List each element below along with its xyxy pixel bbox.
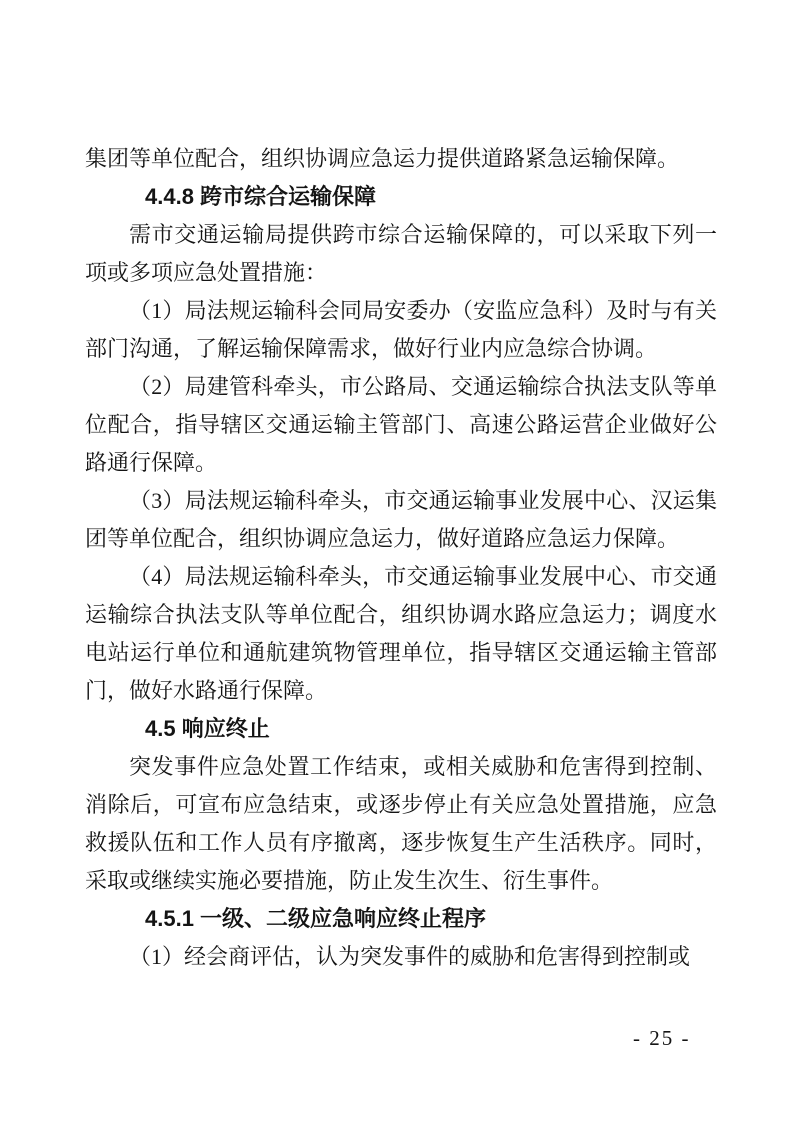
section-heading-4-5-1: 4.5.1 一级、二级应急响应终止程序 [85,900,717,938]
section-heading-4-4-8: 4.4.8 跨市综合运输保障 [85,178,717,216]
body-paragraph-item-1: （1）局法规运输科会同局安委办（安监应急科）及时与有关部门沟通，了解运输保障需求… [85,292,717,368]
page-number: - 25 - [633,1026,691,1051]
document-page: 集团等单位配合，组织协调应急运力提供道路紧急运输保障。 4.4.8 跨市综合运输… [0,0,793,1122]
body-paragraph-item-4: （4）局法规运输科牵头，市交通运输事业发展中心、市交通运输综合执法支队等单位配合… [85,558,717,710]
body-paragraph: 需市交通运输局提供跨市综合运输保障的，可以采取下列一项或多项应急处置措施： [85,216,717,292]
body-paragraph-item-3: （3）局法规运输科牵头，市交通运输事业发展中心、汉运集团等单位配合，组织协调应急… [85,482,717,558]
document-body: 集团等单位配合，组织协调应急运力提供道路紧急运输保障。 4.4.8 跨市综合运输… [85,140,717,976]
section-heading-4-5: 4.5 响应终止 [85,710,717,748]
body-paragraph-item-1-truncated: （1）经会商评估，认为突发事件的威胁和危害得到控制或 [85,938,717,976]
paragraph-continuation: 集团等单位配合，组织协调应急运力提供道路紧急运输保障。 [85,140,717,178]
body-paragraph: 突发事件应急处置工作结束，或相关威胁和危害得到控制、消除后，可宣布应急结束，或逐… [85,748,717,900]
body-paragraph-item-2: （2）局建管科牵头，市公路局、交通运输综合执法支队等单位配合，指导辖区交通运输主… [85,368,717,482]
